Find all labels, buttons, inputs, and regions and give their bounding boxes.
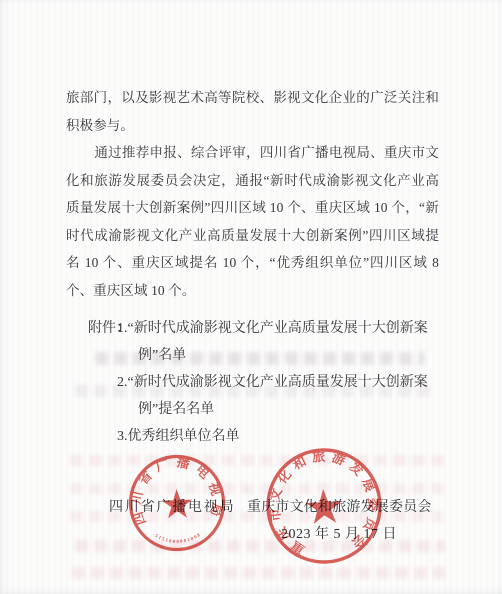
attachments-label: 附件： [88, 315, 130, 342]
document-body: 旅部门，以及影视艺术高等院校、影视文化企业的广泛关注和积极参与。 通过推荐申报、… [66, 84, 439, 304]
seal-star-icon [305, 488, 343, 524]
attachment-item: 3.优秀组织单位名单 [117, 423, 450, 450]
attachment-title: 优秀组织单位名单 [128, 429, 240, 444]
attachment-row: 3.优秀组织单位名单 [88, 423, 468, 450]
document-page: 旅部门，以及影视艺术高等院校、影视文化企业的广泛关注和积极参与。 通过推荐申报、… [0, 0, 502, 594]
attachment-number: 3. [117, 429, 128, 444]
seal-serial-code: 5151000981808 [154, 532, 203, 546]
attachment-row: 附件： 1.“新时代成渝影视文化产业高质量发展十大创新案例”名单 [88, 315, 468, 369]
attachments-block: 附件： 1.“新时代成渝影视文化产业高质量发展十大创新案例”名单 2.“新时代成… [88, 315, 468, 450]
attachment-row: 2.“新时代成渝影视文化产业高质量发展十大创新案例”提名名单 [88, 369, 468, 423]
seal-star-icon [161, 488, 192, 518]
body-paragraph: 旅部门，以及影视艺术高等院校、影视文化企业的广泛关注和积极参与。 [66, 84, 439, 139]
official-seal-chongqing: 重庆市文化和旅游发展委员会 [261, 443, 387, 569]
bleedthrough-artifact [72, 567, 445, 579]
attachment-title: “新时代成渝影视文化产业高质量发展十大创新案例”名单 [128, 321, 428, 363]
attachment-title: “新时代成渝影视文化产业高质量发展十大创新案例”提名名单 [128, 375, 428, 417]
official-seal-sichuan: 四川省广播电视局 5151000981808 [125, 451, 228, 554]
attachment-item: 1.“新时代成渝影视文化产业高质量发展十大创新案例”名单 [117, 315, 450, 369]
attachment-number: 2. [117, 375, 128, 390]
attachment-item: 2.“新时代成渝影视文化产业高质量发展十大创新案例”提名名单 [117, 369, 450, 423]
body-paragraph: 通过推荐申报、综合评审，四川省广播电视局、重庆市文化和旅游发展委员会决定，通报“… [66, 139, 439, 304]
